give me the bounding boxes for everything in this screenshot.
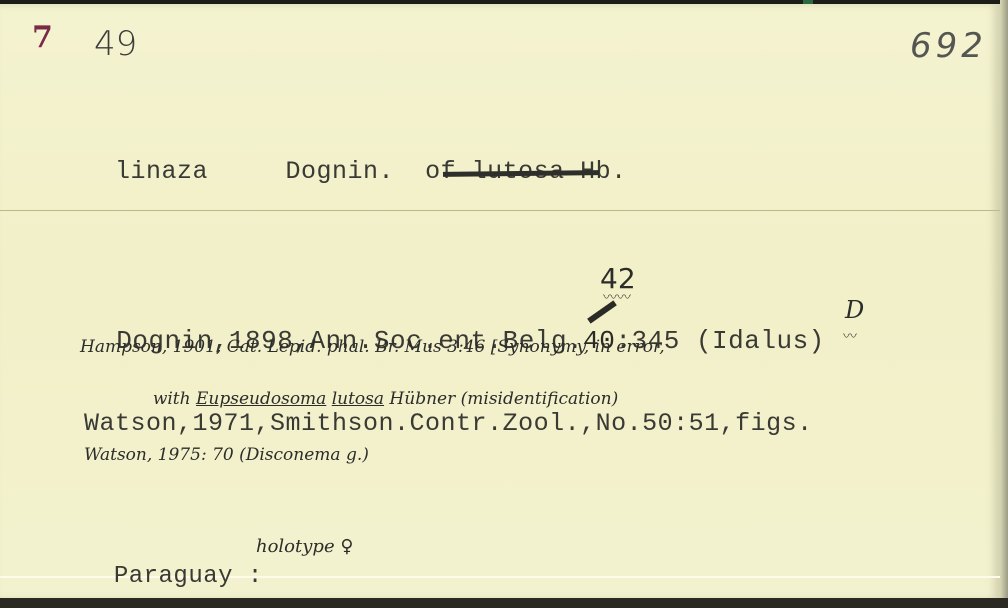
- author-name: Dognin.: [286, 157, 395, 186]
- handwritten-number-right: 692: [910, 26, 987, 66]
- watson-annotation: Watson, 1975: 70 (Disconema g.): [84, 445, 369, 465]
- genus-note: (Idalus): [696, 326, 825, 356]
- annotation-genus: Eupseudosoma: [196, 389, 326, 409]
- wavy-underline-mark: 〰: [843, 326, 857, 346]
- species-name: linaza: [115, 157, 208, 186]
- reference-watson: Watson,1971,Smithson.Contr.Zool.,No.50:5…: [84, 409, 813, 438]
- handwritten-number-left: 49: [94, 24, 137, 64]
- margin-mark: D: [845, 296, 864, 324]
- ruling-line: [0, 210, 1000, 211]
- card-header-line: linaza Dognin. of lutosa Hb.: [84, 128, 627, 186]
- misidentification-annotation: with Eupseudosoma lutosa Hübner (misiden…: [142, 369, 618, 409]
- annotation-species: lutosa: [332, 389, 384, 409]
- locality-line: Paraguay :: [84, 536, 278, 590]
- corner-number: 7: [32, 20, 53, 55]
- struck-period: .: [611, 157, 627, 186]
- volume-strikethrough: [586, 296, 616, 326]
- card-right-edge: [1000, 0, 1008, 608]
- struck-text: of lutosa Hb: [425, 157, 611, 186]
- holotype-annotation: holotype ♀: [256, 536, 353, 557]
- hampson-annotation: Hampson, 1901, Cat. Lepid. phal. Br. Mus…: [80, 337, 665, 357]
- scan-bottom-border: [0, 598, 1008, 608]
- locality: Paraguay: [114, 563, 233, 590]
